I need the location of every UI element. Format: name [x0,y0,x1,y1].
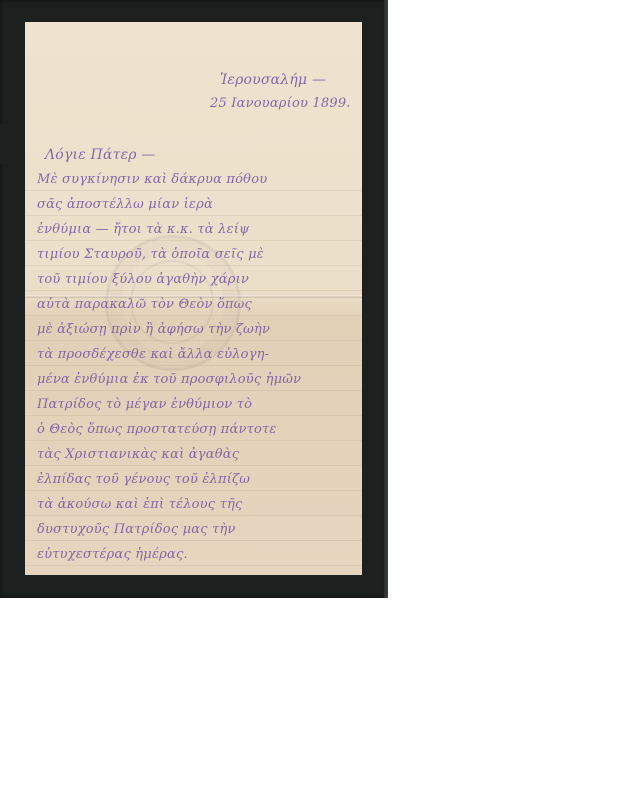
paper-ruled-line [25,440,362,441]
border-notch [0,124,4,164]
paper-ruled-line [25,490,362,491]
letter-body-line: Πατρίδος τὸ μέγαν ἐνθύμιον τὸ [37,397,359,412]
paper-ruled-line [25,215,362,216]
paper-ruled-line [25,465,362,466]
paper-ruled-line [25,265,362,266]
letter-body-line: τοῦ τιμίου ξύλου ἀγαθὴν χάριν [37,272,359,287]
letter-body-line: σᾶς ἀποστέλλω μίαν ἱερὰ [37,197,359,212]
letter-body-line: μὲ ἀξιώσῃ πρὶν ἢ ἀφήσω τὴν ζωὴν [37,322,359,337]
letter-body-line: μένα ἐνθύμια ἐκ τοῦ προσφιλοῦς ἡμῶν [37,372,359,387]
paper-ruled-line [25,315,362,316]
paper-ruled-line [25,240,362,241]
letter-body-line: ὁ Θεὸς ὅπως προστατεύσῃ πάντοτε [37,422,359,437]
paper-ruled-line [25,190,362,191]
letter-body-line: τιμίου Σταυροῦ, τὰ ὁποῖα σεῖς μὲ [37,247,359,262]
paper-ruled-line [25,565,362,566]
paper-ruled-line [25,390,362,391]
letter-paper: Ἱερουσαλήμ — 25 Ιανουαρίου 1899. Λόγιε Π… [25,22,362,575]
black-mourning-border: Ἱερουσαλήμ — 25 Ιανουαρίου 1899. Λόγιε Π… [0,0,388,598]
letter-salutation: Λόγιε Πάτερ — [45,147,156,163]
letter-body-line: τὰ ἀκούσω καὶ ἐπὶ τέλους τῆς [37,497,359,512]
paper-ruled-line [25,415,362,416]
paper-ruled-line [25,340,362,341]
paper-ruled-line [25,290,362,291]
paper-ruled-line [25,515,362,516]
letter-body-line: τὰ προσδέχεσθε καὶ ἄλλα εὐλογη- [37,347,359,362]
paper-ruled-line [25,540,362,541]
letter-place: Ἱερουσαλήμ — [220,72,326,88]
letter-body-line: ἐλπίδας τοῦ γένους τοῦ ἐλπίζω [37,472,359,487]
letter-body-line: δυστυχοῦς Πατρίδος μας τὴν [37,522,359,537]
letter-body-line: αὐτὰ παρακαλῶ τὸν Θεὸν ὅπως [37,297,359,312]
paper-ruled-line [25,365,362,366]
letter-body-line: ἐνθύμια — ἤτοι τὰ κ.κ. τὰ λείψ [37,222,359,237]
letter-body-line: εὐτυχεστέρας ἡμέρας. [37,547,359,562]
letter-body-line: Μὲ συγκίνησιν καὶ δάκρυα πόθου [37,172,359,187]
letter-body-line: τὰς Χριστιανικὰς καὶ ἀγαθὰς [37,447,359,462]
letter-date: 25 Ιανουαρίου 1899. [210,96,351,111]
